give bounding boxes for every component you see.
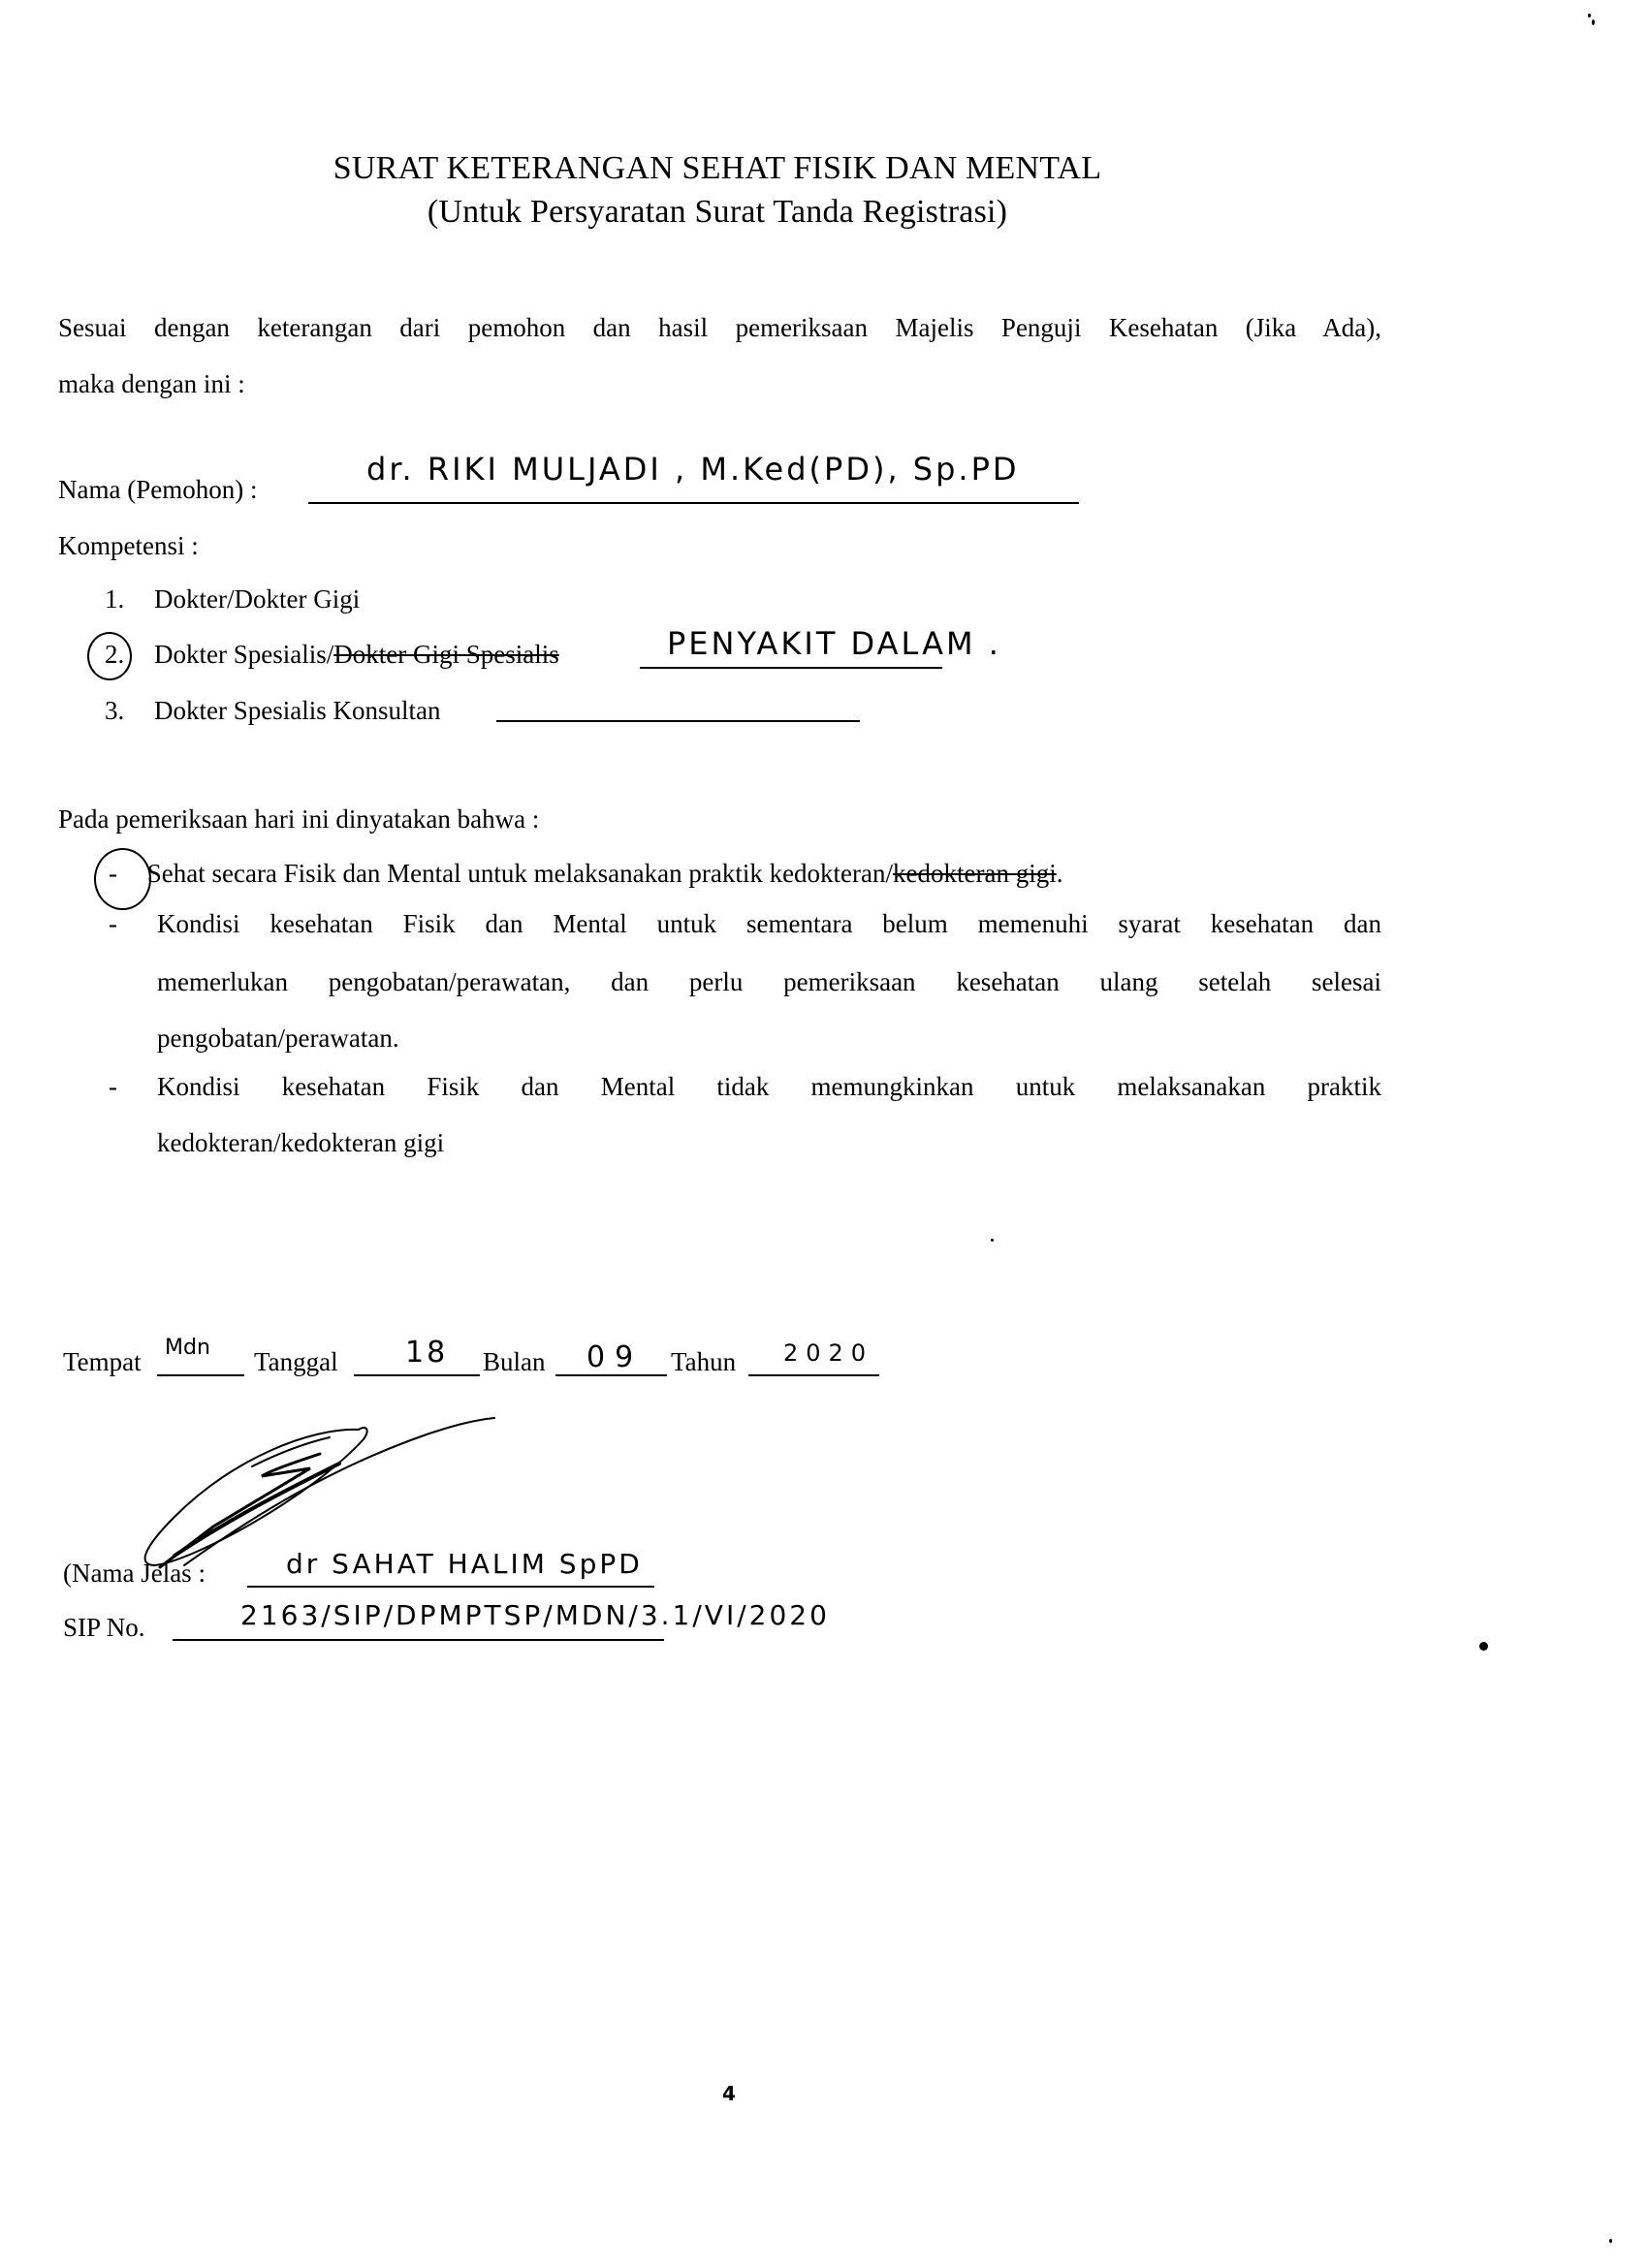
scan-speck bbox=[1592, 19, 1595, 25]
day-underline bbox=[354, 1374, 480, 1376]
finding-item-3-line-1[interactable]: Kondisi kesehatan Fisik dan Mental tidak… bbox=[157, 1074, 1381, 1100]
applicant-name-value[interactable]: dr. RIKI MULJADI , M.Ked(PD), Sp.PD bbox=[366, 451, 1020, 488]
finding-bullet: - bbox=[109, 1074, 117, 1100]
finding-item-3-line-2: kedokteran/kedokteran gigi bbox=[157, 1130, 444, 1156]
applicant-label: Nama (Pemohon) : bbox=[58, 477, 257, 503]
place-underline bbox=[157, 1374, 244, 1376]
day-value[interactable]: 18 bbox=[405, 1336, 448, 1370]
finding-struck-text: kedokteran gigi bbox=[893, 859, 1057, 888]
finding-bullet: - bbox=[109, 859, 117, 888]
competence-specialty-value[interactable]: PENYAKIT DALAM . bbox=[667, 625, 1001, 662]
competence-item-text: Dokter/Dokter Gigi bbox=[154, 584, 360, 614]
scan-speck bbox=[1588, 14, 1591, 17]
page-number: 4 bbox=[722, 2082, 736, 2105]
year-value[interactable]: 2020 bbox=[783, 1339, 873, 1367]
competence-item-number: 3. bbox=[105, 696, 124, 725]
sip-underline bbox=[173, 1639, 664, 1641]
sip-label: SIP No. bbox=[63, 1615, 145, 1641]
competence-item-text: Dokter Spesialis Konsultan bbox=[154, 696, 440, 725]
scan-speck bbox=[1479, 1642, 1488, 1651]
place-value[interactable]: Mdn bbox=[165, 1336, 210, 1360]
finding-item-2-line-2: memerlukan pengobatan/perawatan, dan per… bbox=[157, 969, 1381, 995]
competence-item-struck-text: Dokter Gigi Spesialis bbox=[333, 640, 558, 669]
competence-item-number: 1. bbox=[105, 584, 124, 614]
findings-label: Pada pemeriksaan hari ini dinyatakan bah… bbox=[58, 806, 539, 833]
competence-item-number: 2. bbox=[105, 640, 124, 669]
scan-speck bbox=[991, 1239, 994, 1242]
finding-item-2-line-3: pengobatan/perawatan. bbox=[157, 1025, 399, 1052]
finding-item-1[interactable]: - Sehat secara Fisik dan Mental untuk me… bbox=[109, 861, 1062, 887]
signer-name-label: (Nama Jelas : bbox=[63, 1560, 206, 1587]
scan-speck bbox=[1609, 2239, 1612, 2243]
competence-item-2[interactable]: 2. Dokter Spesialis/Dokter Gigi Spesiali… bbox=[105, 642, 559, 668]
finding-text: Sehat secara Fisik dan Mental untuk mela… bbox=[147, 859, 893, 888]
month-label: Bulan bbox=[483, 1349, 546, 1375]
year-underline bbox=[748, 1374, 879, 1376]
month-value[interactable]: 09 bbox=[586, 1340, 643, 1374]
applicant-underline bbox=[308, 502, 1079, 504]
competence-item-text: Dokter Spesialis/ bbox=[154, 640, 333, 669]
year-label: Tahun bbox=[671, 1349, 736, 1375]
place-label: Tempat bbox=[63, 1349, 142, 1375]
sip-value[interactable]: 2163/SIP/DPMPTSP/MDN/3.1/VI/2020 bbox=[240, 1599, 830, 1631]
document-subtitle: (Untuk Persyaratan Surat Tanda Registras… bbox=[0, 194, 1435, 231]
intro-line-1: Sesuai dengan keterangan dari pemohon da… bbox=[58, 315, 1381, 341]
competence-label: Kompetensi : bbox=[58, 533, 199, 559]
competence-specialty-underline bbox=[640, 667, 942, 669]
intro-line-2: maka dengan ini : bbox=[58, 371, 245, 397]
consultant-underline bbox=[496, 720, 860, 722]
finding-bullet: - bbox=[109, 911, 117, 937]
signer-name-value[interactable]: dr SAHAT HALIM SpPD bbox=[286, 1548, 643, 1580]
document-title: SURAT KETERANGAN SEHAT FISIK DAN MENTAL bbox=[0, 150, 1435, 187]
day-label: Tanggal bbox=[254, 1349, 338, 1375]
month-underline bbox=[555, 1374, 667, 1376]
finding-suffix: . bbox=[1057, 859, 1063, 888]
competence-item-1[interactable]: 1. Dokter/Dokter Gigi bbox=[105, 586, 360, 613]
finding-item-2-line-1[interactable]: Kondisi kesehatan Fisik dan Mental untuk… bbox=[157, 911, 1381, 937]
signer-name-underline bbox=[247, 1586, 654, 1588]
competence-item-3[interactable]: 3. Dokter Spesialis Konsultan bbox=[105, 698, 440, 724]
